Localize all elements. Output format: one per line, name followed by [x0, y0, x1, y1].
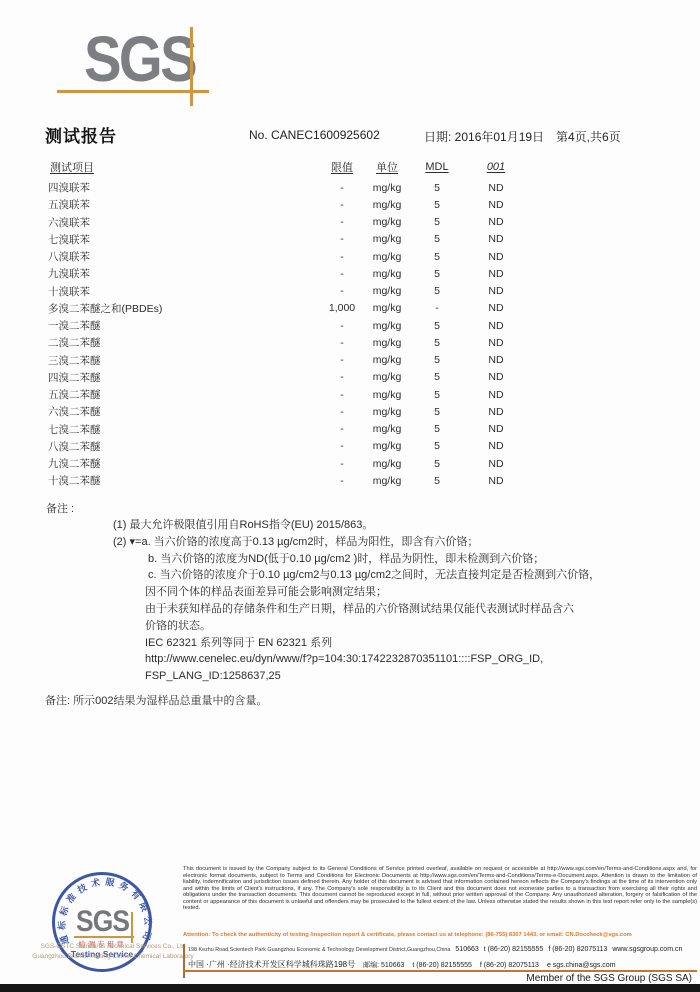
- remark-line: 由于未获知样品的存储条件和生产日期，样品的六价铬测试结果仅能代表测试时样品含六: [113, 601, 613, 618]
- cell-unit: mg/kg: [366, 320, 408, 332]
- stamp-sgs-logo: SGS: [76, 905, 129, 939]
- cell-limit: 1,000: [318, 302, 366, 314]
- cell-limit: -: [318, 199, 366, 211]
- remarks-block: (1) 最大允许极限值引用自RoHS指令(EU) 2015/863。 (2) ▾…: [113, 517, 613, 685]
- cell-item: 一溴二苯醚: [48, 318, 318, 333]
- cell-unit: mg/kg: [366, 371, 408, 383]
- cell-unit: mg/kg: [366, 440, 408, 452]
- cell-sample: ND: [466, 423, 526, 435]
- table-row: 五溴联苯-mg/kg5ND: [48, 196, 530, 213]
- cell-item: 七溴二苯醚: [48, 422, 318, 437]
- cell-unit: mg/kg: [366, 285, 408, 297]
- cell-limit: -: [318, 233, 366, 245]
- address-cn: 中国 ·广州 ·经济技术开发区科学城科珠路198号: [188, 959, 355, 970]
- table-header-row: 测试项目 限值 单位 MDL 001: [48, 157, 530, 177]
- sgs-group-member-text: Member of the SGS Group (SGS SA): [526, 973, 692, 984]
- table-row: 九溴联苯-mg/kg5ND: [48, 265, 530, 282]
- cell-item: 三溴二苯醚: [48, 353, 318, 368]
- table-row: 四溴二苯醚-mg/kg5ND: [48, 369, 530, 386]
- page-title: 测试报告: [45, 122, 117, 147]
- cell-unit: mg/kg: [366, 406, 408, 418]
- table-row: 二溴二苯醚-mg/kg5ND: [48, 334, 530, 351]
- remark-note-002: 备注: 所示002结果为湿样品总重量中的含量。: [45, 692, 267, 708]
- address-en: 198 Kezhu Road,Scientech Park Guangzhou …: [188, 947, 450, 953]
- cell-mdl: 5: [408, 354, 466, 366]
- cell-mdl: 5: [408, 268, 466, 280]
- cell-mdl: 5: [408, 389, 466, 401]
- cell-sample: ND: [466, 406, 526, 418]
- cell-mdl: 5: [408, 285, 466, 297]
- table-row: 八溴二苯醚-mg/kg5ND: [48, 438, 530, 455]
- fax-en: f (86-20) 82075113: [548, 946, 607, 953]
- cell-unit: mg/kg: [366, 302, 408, 314]
- column-header-mdl: MDL: [408, 161, 466, 173]
- cell-limit: -: [318, 475, 366, 487]
- cell-limit: -: [318, 458, 366, 470]
- remark-line: (2) ▾=a. 当六价铬的浓度高于0.13 µg/cm2时，样品为阳性，即含有…: [113, 534, 613, 551]
- website: www.sgsgroup.com.cn: [612, 946, 682, 953]
- table-row: 七溴联苯-mg/kg5ND: [48, 231, 530, 248]
- cell-mdl: 5: [408, 423, 466, 435]
- fax-cn: f (86-20) 82075113: [480, 962, 539, 969]
- telephone-cn: t (86-20) 82155555: [412, 962, 472, 969]
- cell-item: 十溴二苯醚: [48, 473, 318, 488]
- cell-item: 九溴联苯: [48, 266, 318, 281]
- stamp-company-line1: SGS-CSTC Standards Technical Services Co…: [24, 943, 202, 950]
- remark-line-url: http://www.cenelec.eu/dyn/www/f?p=104:30…: [113, 651, 613, 668]
- results-table: 测试项目 限值 单位 MDL 001 四溴联苯-mg/kg5ND五溴联苯-mg/…: [48, 157, 530, 490]
- page-number-info: 第4页,共6页: [556, 128, 621, 145]
- cell-sample: ND: [466, 302, 526, 314]
- remarks-label: 备注 :: [46, 500, 74, 516]
- scan-edge-bar: [0, 984, 700, 992]
- cell-item: 八溴二苯醚: [48, 439, 318, 454]
- cell-mdl: 5: [408, 199, 466, 211]
- postcode-en: 510663: [455, 946, 478, 953]
- table-row: 四溴联苯-mg/kg5ND: [48, 179, 530, 196]
- cell-sample: ND: [466, 337, 526, 349]
- cell-unit: mg/kg: [366, 182, 408, 194]
- table-row: 一溴二苯醚-mg/kg5ND: [48, 317, 530, 334]
- cell-unit: mg/kg: [366, 389, 408, 401]
- cell-item: 八溴联苯: [48, 249, 318, 264]
- cell-sample: ND: [466, 285, 526, 297]
- table-row: 十溴二苯醚-mg/kg5ND: [48, 472, 530, 489]
- cell-sample: ND: [466, 475, 526, 487]
- cell-limit: -: [318, 251, 366, 263]
- attention-notice: Attention: To check the authenticity of …: [183, 932, 697, 939]
- cell-mdl: 5: [408, 251, 466, 263]
- cell-limit: -: [318, 354, 366, 366]
- cell-sample: ND: [466, 251, 526, 263]
- report-page: SGS 测试报告 No. CANEC1600925602 日期: 2016年01…: [0, 0, 700, 992]
- cell-limit: -: [318, 182, 366, 194]
- cell-mdl: 5: [408, 337, 466, 349]
- cell-limit: -: [318, 285, 366, 297]
- cell-unit: mg/kg: [366, 199, 408, 211]
- cell-item: 六溴二苯醚: [48, 404, 318, 419]
- cell-item: 多溴二苯醚之和(PBDEs): [48, 301, 318, 316]
- cell-sample: ND: [466, 371, 526, 383]
- cell-mdl: 5: [408, 371, 466, 383]
- table-row: 六溴二苯醚-mg/kg5ND: [48, 403, 530, 420]
- remark-line: IEC 62321 系列等同于 EN 62321 系列: [113, 635, 613, 652]
- cell-unit: mg/kg: [366, 423, 408, 435]
- cell-mdl: -: [408, 302, 466, 314]
- table-row: 七溴二苯醚-mg/kg5ND: [48, 421, 530, 438]
- table-row: 九溴二苯醚-mg/kg5ND: [48, 455, 530, 472]
- table-row: 六溴联苯-mg/kg5ND: [48, 214, 530, 231]
- remark-line: b. 当六价铬的浓度为ND(低于0.10 µg/cm2 )时，样品为阴性，即未检…: [113, 551, 613, 568]
- logo-vertical-line: [190, 27, 193, 106]
- cell-limit: -: [318, 268, 366, 280]
- telephone-en: t (86-20) 82155555: [484, 946, 544, 953]
- remark-line: 因不同个体的样品表面差异可能会影响测定结果；: [113, 584, 613, 601]
- cell-limit: -: [318, 440, 366, 452]
- cell-item: 四溴联苯: [48, 180, 318, 195]
- column-header-sample-001: 001: [466, 161, 526, 173]
- cell-mdl: 5: [408, 440, 466, 452]
- cell-unit: mg/kg: [366, 458, 408, 470]
- cell-unit: mg/kg: [366, 268, 408, 280]
- email: e sgs.china@sgs.com: [547, 962, 616, 969]
- cell-limit: -: [318, 406, 366, 418]
- cell-item: 九溴二苯醚: [48, 456, 318, 471]
- stamp-company-line2: Guangzhou Branch Testing Center Chemical…: [24, 953, 202, 960]
- legal-disclaimer: This document is issued by the Company s…: [183, 866, 697, 912]
- sgs-logo: SGS: [84, 28, 195, 90]
- footer-vertical-line: [183, 944, 185, 978]
- remark-line: (1) 最大允许极限值引用自RoHS指令(EU) 2015/863。: [113, 517, 613, 534]
- cell-unit: mg/kg: [366, 251, 408, 263]
- cell-sample: ND: [466, 182, 526, 194]
- table-body: 四溴联苯-mg/kg5ND五溴联苯-mg/kg5ND六溴联苯-mg/kg5ND七…: [48, 179, 530, 490]
- cell-unit: mg/kg: [366, 233, 408, 245]
- table-row: 十溴联苯-mg/kg5ND: [48, 283, 530, 300]
- cell-unit: mg/kg: [366, 475, 408, 487]
- cell-item: 十溴联苯: [48, 284, 318, 299]
- cell-item: 五溴联苯: [48, 197, 318, 212]
- remark-line-url: FSP_LANG_ID:1258637,25: [113, 668, 613, 685]
- cell-item: 七溴联苯: [48, 232, 318, 247]
- table-row: 五溴二苯醚-mg/kg5ND: [48, 386, 530, 403]
- cell-mdl: 5: [408, 406, 466, 418]
- table-row: 三溴二苯醚-mg/kg5ND: [48, 352, 530, 369]
- postcode-cn: 邮编: 510663: [363, 960, 404, 970]
- cell-mdl: 5: [408, 182, 466, 194]
- table-row: 八溴联苯-mg/kg5ND: [48, 248, 530, 265]
- cell-limit: -: [318, 337, 366, 349]
- cell-limit: -: [318, 320, 366, 332]
- cell-limit: -: [318, 389, 366, 401]
- cell-mdl: 5: [408, 458, 466, 470]
- cell-limit: -: [318, 371, 366, 383]
- cell-mdl: 5: [408, 233, 466, 245]
- remark-line: c. 当六价铬的浓度介于0.10 µg/cm2与0.13 µg/cm2之间时，无…: [113, 567, 613, 584]
- cell-mdl: 5: [408, 320, 466, 332]
- address-row-en: 198 Kezhu Road,Scientech Park Guangzhou …: [188, 946, 697, 958]
- cell-sample: ND: [466, 354, 526, 366]
- cell-sample: ND: [466, 199, 526, 211]
- cell-mdl: 5: [408, 216, 466, 228]
- address-block: 198 Kezhu Road,Scientech Park Guangzhou …: [188, 946, 697, 972]
- stamp-logo-horizontal-line: [74, 936, 134, 938]
- report-number: No. CANEC1600925602: [249, 128, 380, 142]
- cell-sample: ND: [466, 320, 526, 332]
- cell-item: 四溴二苯醚: [48, 370, 318, 385]
- cell-item: 六溴联苯: [48, 215, 318, 230]
- cell-sample: ND: [466, 233, 526, 245]
- column-header-unit: 单位: [366, 159, 408, 175]
- logo-horizontal-line: [57, 90, 209, 93]
- table-row: 多溴二苯醚之和(PBDEs)1,000mg/kg-ND: [48, 300, 530, 317]
- cell-unit: mg/kg: [366, 354, 408, 366]
- remark-line: 价铬的状态。: [113, 618, 613, 635]
- cell-item: 二溴二苯醚: [48, 335, 318, 350]
- cell-limit: -: [318, 423, 366, 435]
- cell-limit: -: [318, 216, 366, 228]
- cell-unit: mg/kg: [366, 337, 408, 349]
- cell-sample: ND: [466, 268, 526, 280]
- column-header-item: 测试项目: [48, 159, 318, 175]
- cell-sample: ND: [466, 389, 526, 401]
- footer-horizontal-line: [183, 970, 697, 972]
- cell-mdl: 5: [408, 475, 466, 487]
- cell-sample: ND: [466, 458, 526, 470]
- cell-sample: ND: [466, 440, 526, 452]
- cell-sample: ND: [466, 216, 526, 228]
- column-header-limit: 限值: [318, 159, 366, 175]
- cell-unit: mg/kg: [366, 216, 408, 228]
- cell-item: 五溴二苯醚: [48, 387, 318, 402]
- report-date: 日期: 2016年01月19日: [424, 128, 544, 145]
